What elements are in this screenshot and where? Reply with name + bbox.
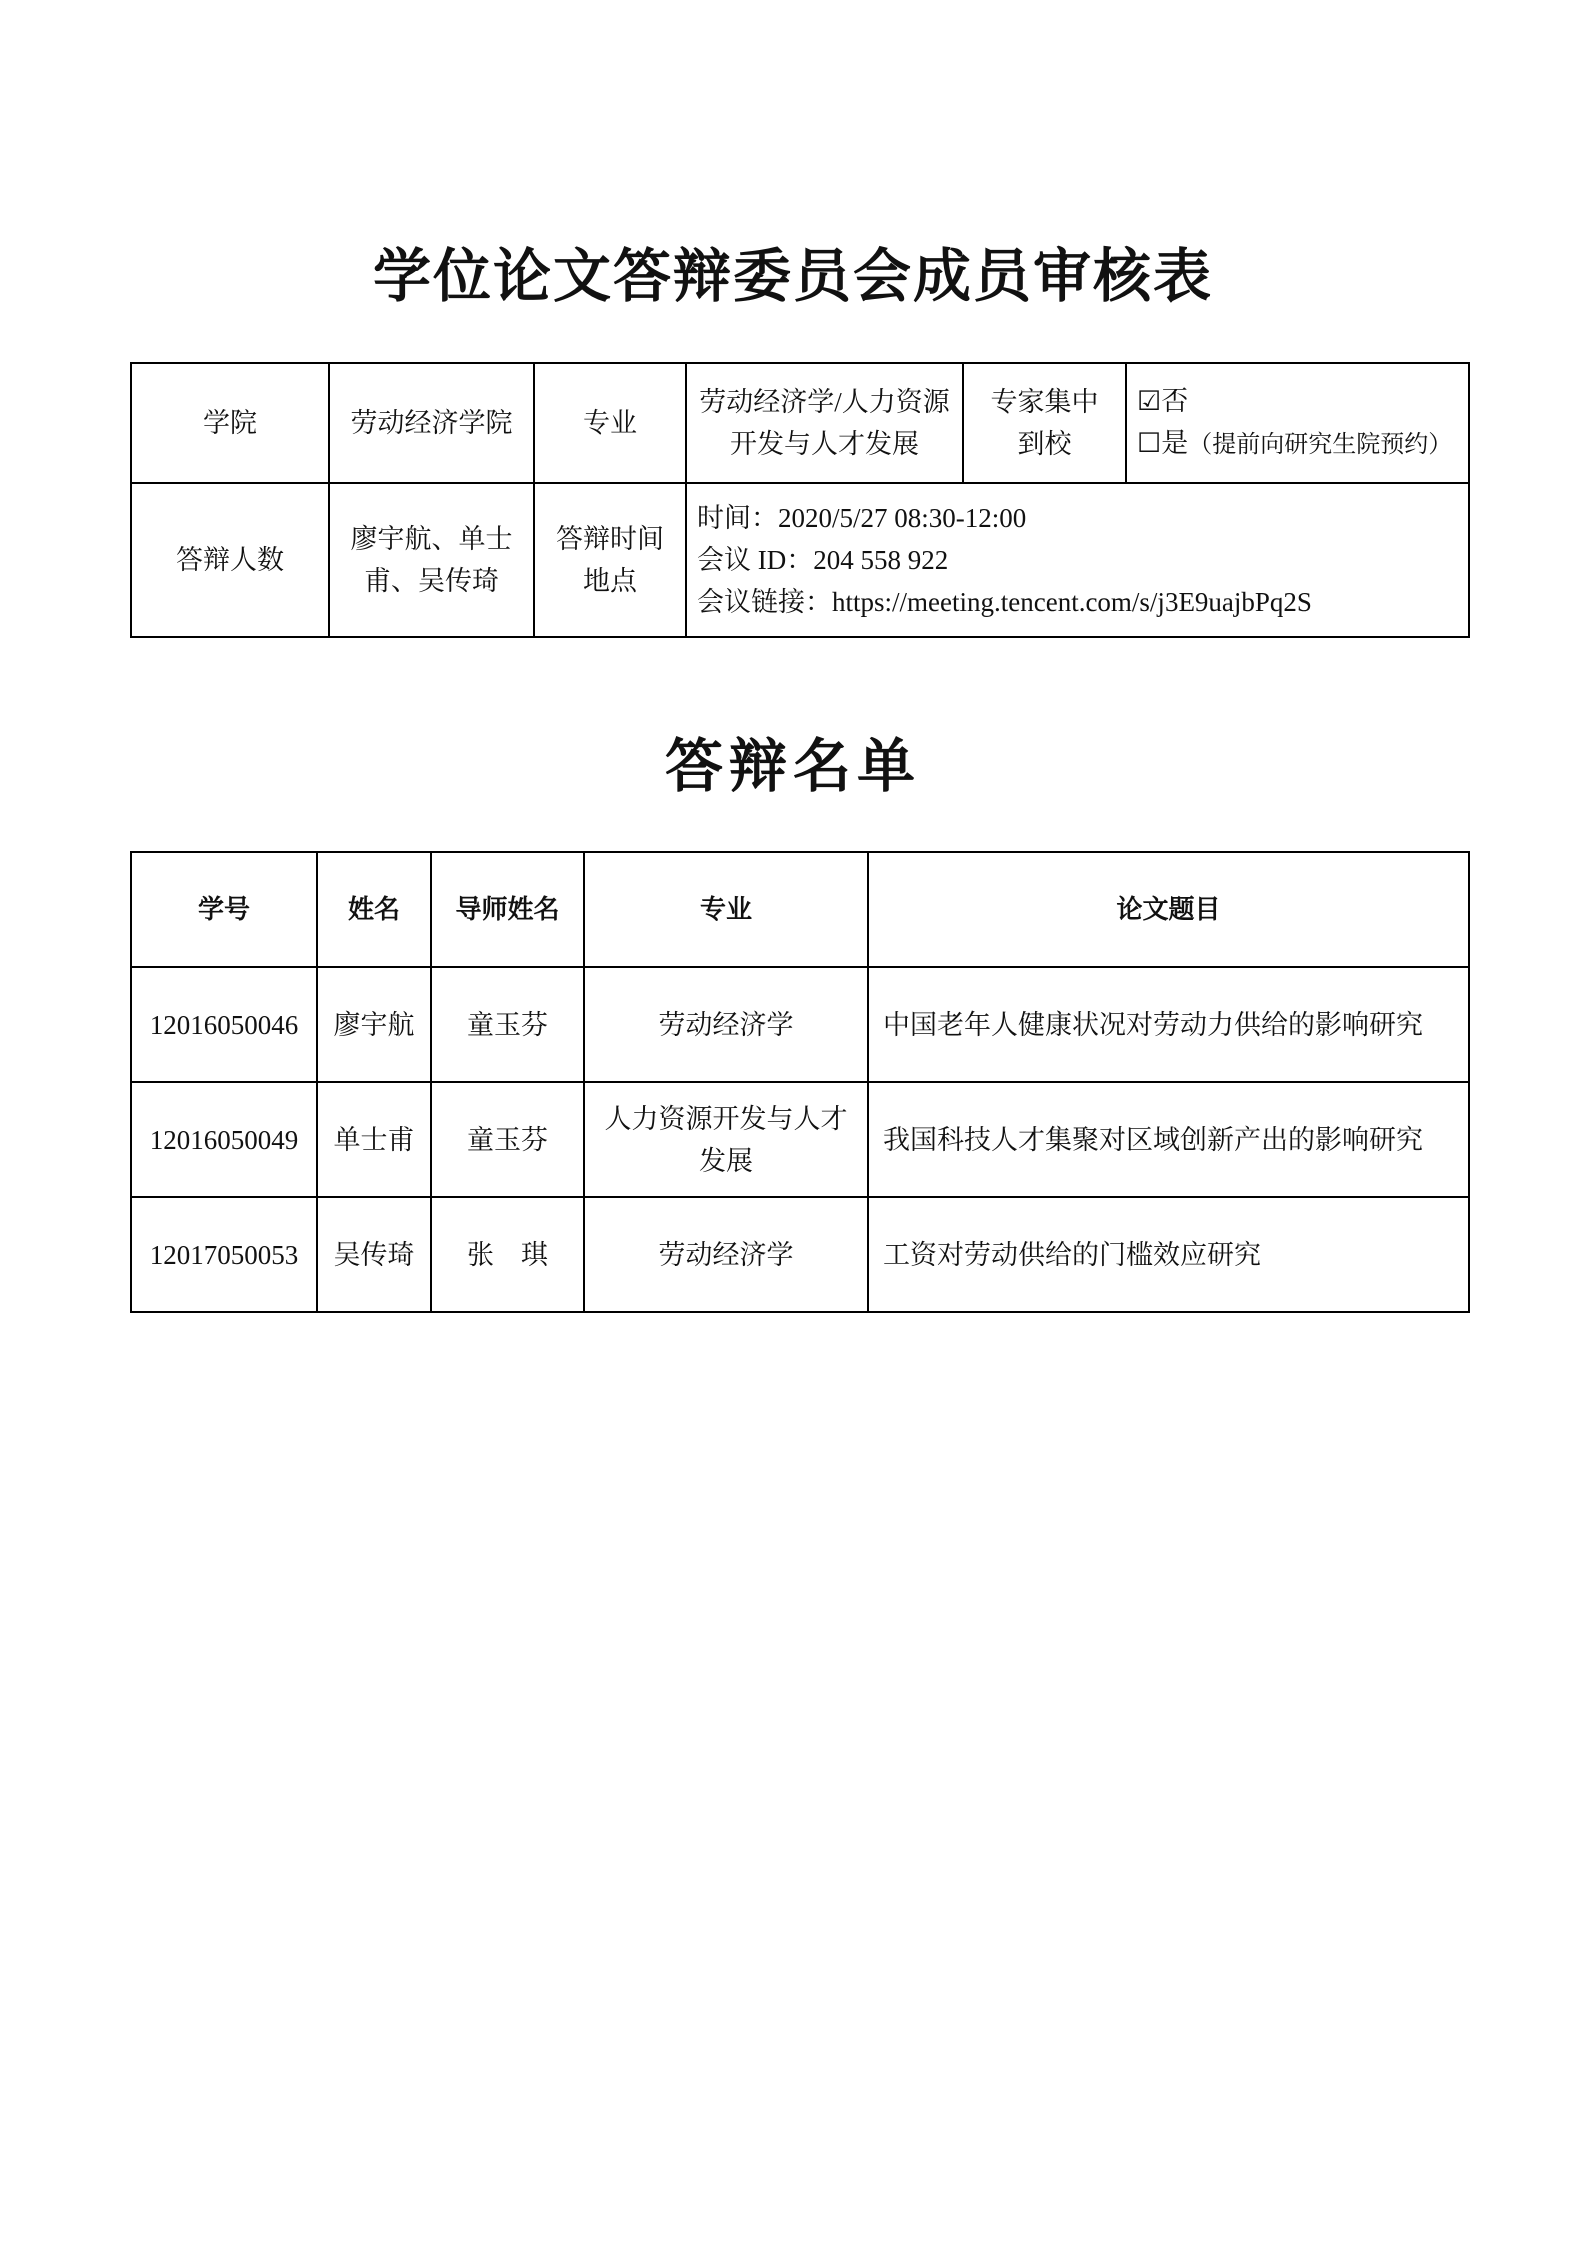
table-row: 12016050049 单士甫 童玉芬 人力资源开发与人才发展 我国科技人才集聚…	[131, 1082, 1469, 1197]
option-yes-note: （提前向研究生院预约）	[1188, 432, 1452, 458]
option-no-label: 否	[1161, 386, 1188, 416]
header-name: 姓名	[317, 852, 431, 967]
checked-box-icon[interactable]: ☑	[1137, 386, 1161, 416]
advisor-name: 张 琪	[431, 1197, 584, 1312]
option-yes-label: 是	[1161, 428, 1188, 458]
major-label: 专业	[534, 363, 686, 483]
expert-options: ☑否 ☐是（提前向研究生院预约）	[1126, 363, 1469, 483]
college-label: 学院	[131, 363, 329, 483]
thesis-title: 我国科技人才集聚对区域创新产出的影响研究	[868, 1082, 1469, 1197]
thesis-title: 中国老年人健康状况对劳动力供给的影响研究	[868, 967, 1469, 1082]
advisor-name: 童玉芬	[431, 967, 584, 1082]
advisor-name: 童玉芬	[431, 1082, 584, 1197]
student-name: 廖宇航	[317, 967, 431, 1082]
committee-info-table: 学院 劳动经济学院 专业 劳动经济学/人力资源开发与人才发展 专家集中到校 ☑否…	[130, 362, 1470, 638]
student-major: 人力资源开发与人才发展	[584, 1082, 868, 1197]
thesis-title: 工资对劳动供给的门槛效应研究	[868, 1197, 1469, 1312]
defenders-value: 廖宇航、单士甫、吴传琦	[329, 483, 534, 637]
meeting-id: 会议 ID：204 558 922	[697, 539, 1458, 581]
header-major: 专业	[584, 852, 868, 967]
student-major: 劳动经济学	[584, 967, 868, 1082]
student-id: 12016050049	[131, 1082, 317, 1197]
defense-time: 时间：2020/5/27 08:30-12:00	[697, 497, 1458, 539]
info-row-college: 学院 劳动经济学院 专业 劳动经济学/人力资源开发与人才发展 专家集中到校 ☑否…	[131, 363, 1469, 483]
document-title: 学位论文答辩委员会成员审核表	[0, 236, 1586, 316]
table-header-row: 学号 姓名 导师姓名 专业 论文题目	[131, 852, 1469, 967]
time-place-value: 时间：2020/5/27 08:30-12:00 会议 ID：204 558 9…	[686, 483, 1469, 637]
time-place-label: 答辩时间地点	[534, 483, 686, 637]
defense-list-title: 答辩名单	[0, 726, 1586, 806]
defenders-label: 答辩人数	[131, 483, 329, 637]
major-value: 劳动经济学/人力资源开发与人才发展	[686, 363, 963, 483]
meeting-link[interactable]: 会议链接：https://meeting.tencent.com/s/j3E9u…	[697, 581, 1458, 623]
header-student-id: 学号	[131, 852, 317, 967]
header-advisor: 导师姓名	[431, 852, 584, 967]
student-name: 吴传琦	[317, 1197, 431, 1312]
defense-list-table: 学号 姓名 导师姓名 专业 论文题目 12016050046 廖宇航 童玉芬 劳…	[130, 851, 1470, 1313]
student-id: 12017050053	[131, 1197, 317, 1312]
header-thesis-title: 论文题目	[868, 852, 1469, 967]
option-no[interactable]: ☑否	[1137, 380, 1458, 422]
college-value: 劳动经济学院	[329, 363, 534, 483]
info-row-defense: 答辩人数 廖宇航、单士甫、吴传琦 答辩时间地点 时间：2020/5/27 08:…	[131, 483, 1469, 637]
option-yes[interactable]: ☐是（提前向研究生院预约）	[1137, 422, 1458, 466]
student-major: 劳动经济学	[584, 1197, 868, 1312]
unchecked-box-icon[interactable]: ☐	[1137, 428, 1161, 458]
table-row: 12016050046 廖宇航 童玉芬 劳动经济学 中国老年人健康状况对劳动力供…	[131, 967, 1469, 1082]
expert-label: 专家集中到校	[963, 363, 1126, 483]
student-id: 12016050046	[131, 967, 317, 1082]
student-name: 单士甫	[317, 1082, 431, 1197]
table-row: 12017050053 吴传琦 张 琪 劳动经济学 工资对劳动供给的门槛效应研究	[131, 1197, 1469, 1312]
